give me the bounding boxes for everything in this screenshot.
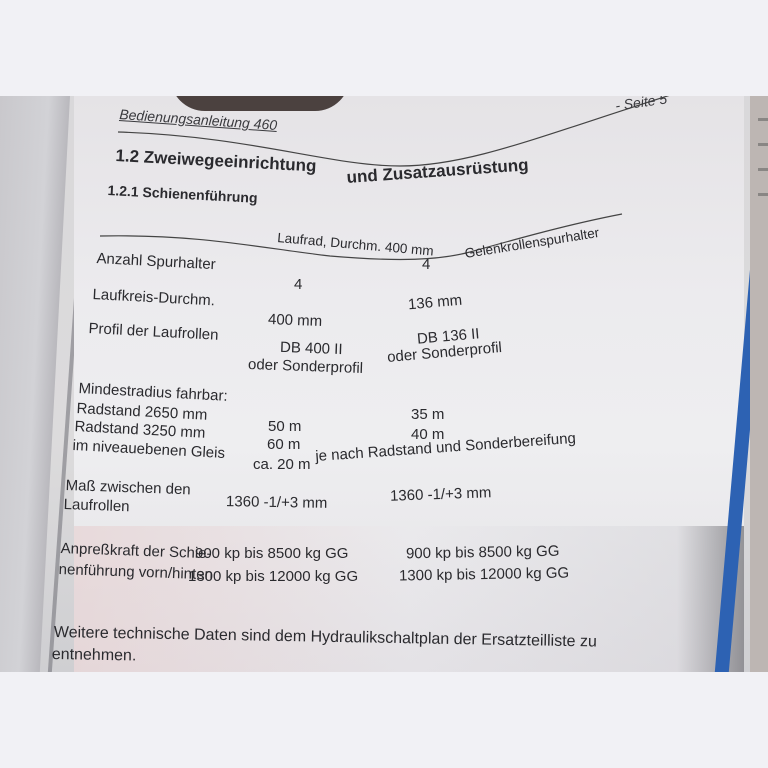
cell-anzahl-laufrad: 4 <box>294 276 302 293</box>
footer-note-line2: entnehmen. <box>52 646 137 665</box>
cell-mass-laufrad: 1360 -1/+3 mm <box>226 493 328 512</box>
adjacent-page-edge <box>0 96 70 672</box>
row-label-mass-line2: Laufrollen <box>63 496 129 515</box>
cell-radstand-2650-laufrad: 50 m <box>268 418 301 435</box>
next-page-edge <box>750 96 768 672</box>
cell-laufkreis-laufrad: 400 mm <box>268 311 323 330</box>
cell-radstand-2650-gelenkrolle: 35 m <box>411 406 444 423</box>
camera-shadow <box>170 96 350 111</box>
cell-anpresskraft-gelenkrolle-line2: 1300 kp bis 12000 kg GG <box>399 565 569 585</box>
cell-anzahl-gelenkrolle: 4 <box>422 256 430 273</box>
cell-niveaueben-laufrad: ca. 20 m <box>253 456 311 473</box>
cell-anpresskraft-gelenkrolle-line1: 900 kp bis 8500 kg GG <box>406 543 560 563</box>
cell-mass-gelenkrolle: 1360 -1/+3 mm <box>390 484 492 505</box>
cell-radstand-3250-laufrad: 60 m <box>267 436 300 453</box>
cell-profil-laufrad-line1: DB 400 II <box>280 339 343 358</box>
cell-anpresskraft-laufrad-line1: 900 kp bis 8500 kg GG <box>195 545 348 562</box>
document-photo: Bedienungsanleitung 460 - Seite 5 1.2 Zw… <box>0 96 768 672</box>
cell-anpresskraft-laufrad-line2: 1300 kp bis 12000 kg GG <box>188 568 358 585</box>
